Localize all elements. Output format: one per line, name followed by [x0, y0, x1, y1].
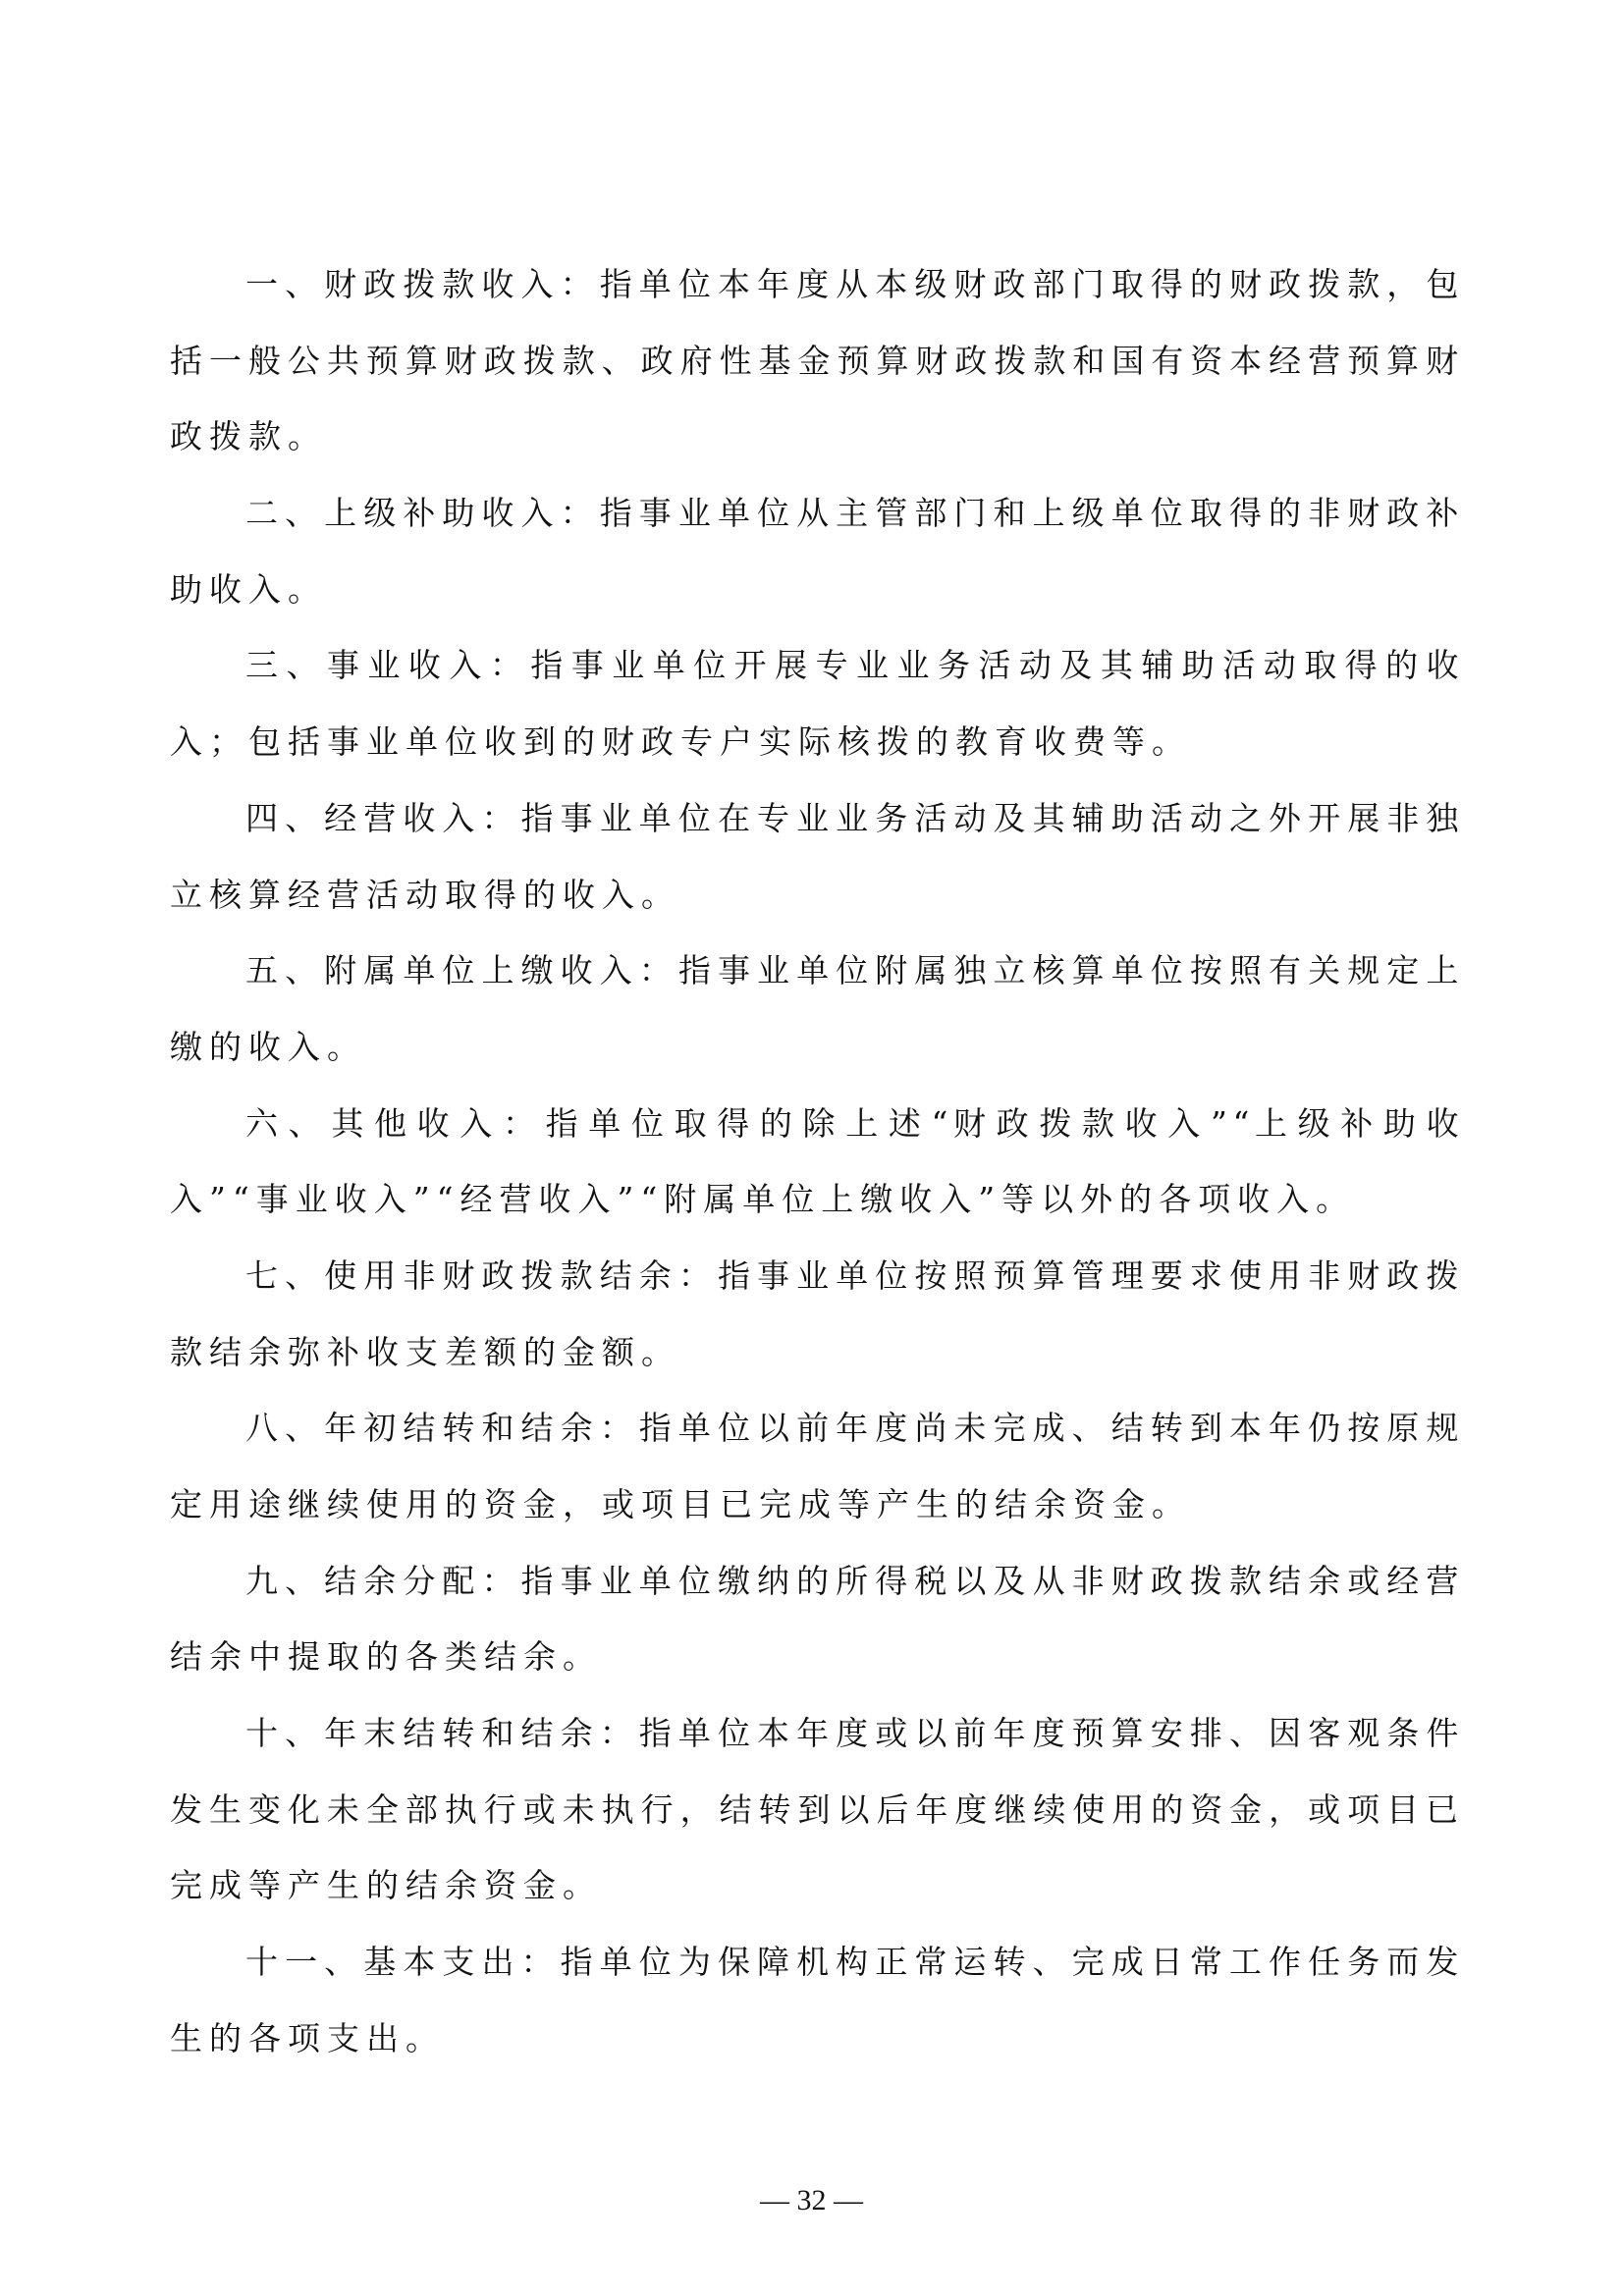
paragraph-line: 完成等产生的结余资金。: [170, 1847, 1458, 1924]
paragraph-line: 生的各项支出。: [170, 2001, 1458, 2077]
paragraph-line: 九 、 结 余 分 配 ： 指 事 业 单 位 缴 纳 的 所 得 税 以 及 …: [170, 1543, 1458, 1620]
paragraph-line: 政拨款。: [170, 399, 1458, 475]
paragraph-line: 十 一 、 基 本 支 出 ： 指 单 位 为 保 障 机 构 正 常 运 转 …: [170, 1924, 1458, 2001]
paragraph-line: 结余中提取的各类结余。: [170, 1619, 1458, 1695]
paragraph-year-end-carryover: 十 、 年 末 结 转 和 结 余 ： 指 单 位 本 年 度 或 以 前 年 …: [170, 1695, 1458, 1924]
document-body: 一 、 财 政 拨 款 收 入 ： 指 单 位 本 年 度 从 本 级 财 政 …: [170, 246, 1458, 2077]
paragraph-non-fiscal-balance-use: 七 、 使 用 非 财 政 拨 款 结 余 ： 指 事 业 单 位 按 照 预 …: [170, 1238, 1458, 1390]
paragraph-line: 一 、 财 政 拨 款 收 入 ： 指 单 位 本 年 度 从 本 级 财 政 …: [170, 246, 1458, 323]
paragraph-basic-expenditure: 十 一 、 基 本 支 出 ： 指 单 位 为 保 障 机 构 正 常 运 转 …: [170, 1924, 1458, 2076]
paragraph-line: 二 、 上 级 补 助 收 入 ： 指 事 业 单 位 从 主 管 部 门 和 …: [170, 475, 1458, 552]
paragraph-line: 八 、 年 初 结 转 和 结 余 ： 指 单 位 以 前 年 度 尚 未 完 …: [170, 1390, 1458, 1467]
paragraph-fiscal-appropriation-income: 一 、 财 政 拨 款 收 入 ： 指 单 位 本 年 度 从 本 级 财 政 …: [170, 246, 1458, 475]
paragraph-line: 立核算经营活动取得的收入。: [170, 857, 1458, 934]
paragraph-other-income: 六 、 其 他 收 入 ： 指 单 位 取 得 的 除 上 述 “ 财 政 拨 …: [170, 1086, 1458, 1238]
paragraph-line: 七 、 使 用 非 财 政 拨 款 结 余 ： 指 事 业 单 位 按 照 预 …: [170, 1238, 1458, 1314]
paragraph-surplus-distribution: 九 、 结 余 分 配 ： 指 事 业 单 位 缴 纳 的 所 得 税 以 及 …: [170, 1543, 1458, 1695]
document-page: 一 、 财 政 拨 款 收 入 ： 指 单 位 本 年 度 从 本 级 财 政 …: [0, 0, 1623, 2296]
paragraph-line: 缴的收入。: [170, 1009, 1458, 1086]
page-number: — 32 —: [0, 2184, 1623, 2217]
paragraph-line: 入”“事业收入”“经营收入”“附属单位上缴收入”等以外的各项收入。: [170, 1161, 1458, 1238]
paragraph-affiliated-unit-income: 五 、 附 属 单 位 上 缴 收 入 ： 指 事 业 单 位 附 属 独 立 …: [170, 933, 1458, 1085]
paragraph-line: 十 、 年 末 结 转 和 结 余 ： 指 单 位 本 年 度 或 以 前 年 …: [170, 1695, 1458, 1772]
paragraph-superior-subsidy-income: 二 、 上 级 补 助 收 入 ： 指 事 业 单 位 从 主 管 部 门 和 …: [170, 475, 1458, 627]
paragraph-business-income: 三 、 事 业 收 入 ： 指 事 业 单 位 开 展 专 业 业 务 活 动 …: [170, 627, 1458, 779]
paragraph-line: 发 生 变 化 未 全 部 执 行 或 未 执 行 ， 结 转 到 以 后 年 …: [170, 1772, 1458, 1848]
paragraph-line: 款结余弥补收支差额的金额。: [170, 1314, 1458, 1391]
paragraph-line: 三 、 事 业 收 入 ： 指 事 业 单 位 开 展 专 业 业 务 活 动 …: [170, 627, 1458, 704]
paragraph-line: 五 、 附 属 单 位 上 缴 收 入 ： 指 事 业 单 位 附 属 独 立 …: [170, 933, 1458, 1009]
paragraph-line: 六 、 其 他 收 入 ： 指 单 位 取 得 的 除 上 述 “ 财 政 拨 …: [170, 1086, 1458, 1162]
paragraph-line: 四 、 经 营 收 入 ： 指 事 业 单 位 在 专 业 业 务 活 动 及 …: [170, 780, 1458, 857]
paragraph-operating-income: 四 、 经 营 收 入 ： 指 事 业 单 位 在 专 业 业 务 活 动 及 …: [170, 780, 1458, 933]
paragraph-beginning-carryover: 八 、 年 初 结 转 和 结 余 ： 指 单 位 以 前 年 度 尚 未 完 …: [170, 1390, 1458, 1542]
paragraph-line: 定用途继续使用的资金，或项目已完成等产生的结余资金。: [170, 1467, 1458, 1543]
paragraph-line: 入；包括事业单位收到的财政专户实际核拨的教育收费等。: [170, 704, 1458, 780]
paragraph-line: 括 一 般 公 共 预 算 财 政 拨 款 、 政 府 性 基 金 预 算 财 …: [170, 323, 1458, 400]
paragraph-line: 助收入。: [170, 552, 1458, 628]
